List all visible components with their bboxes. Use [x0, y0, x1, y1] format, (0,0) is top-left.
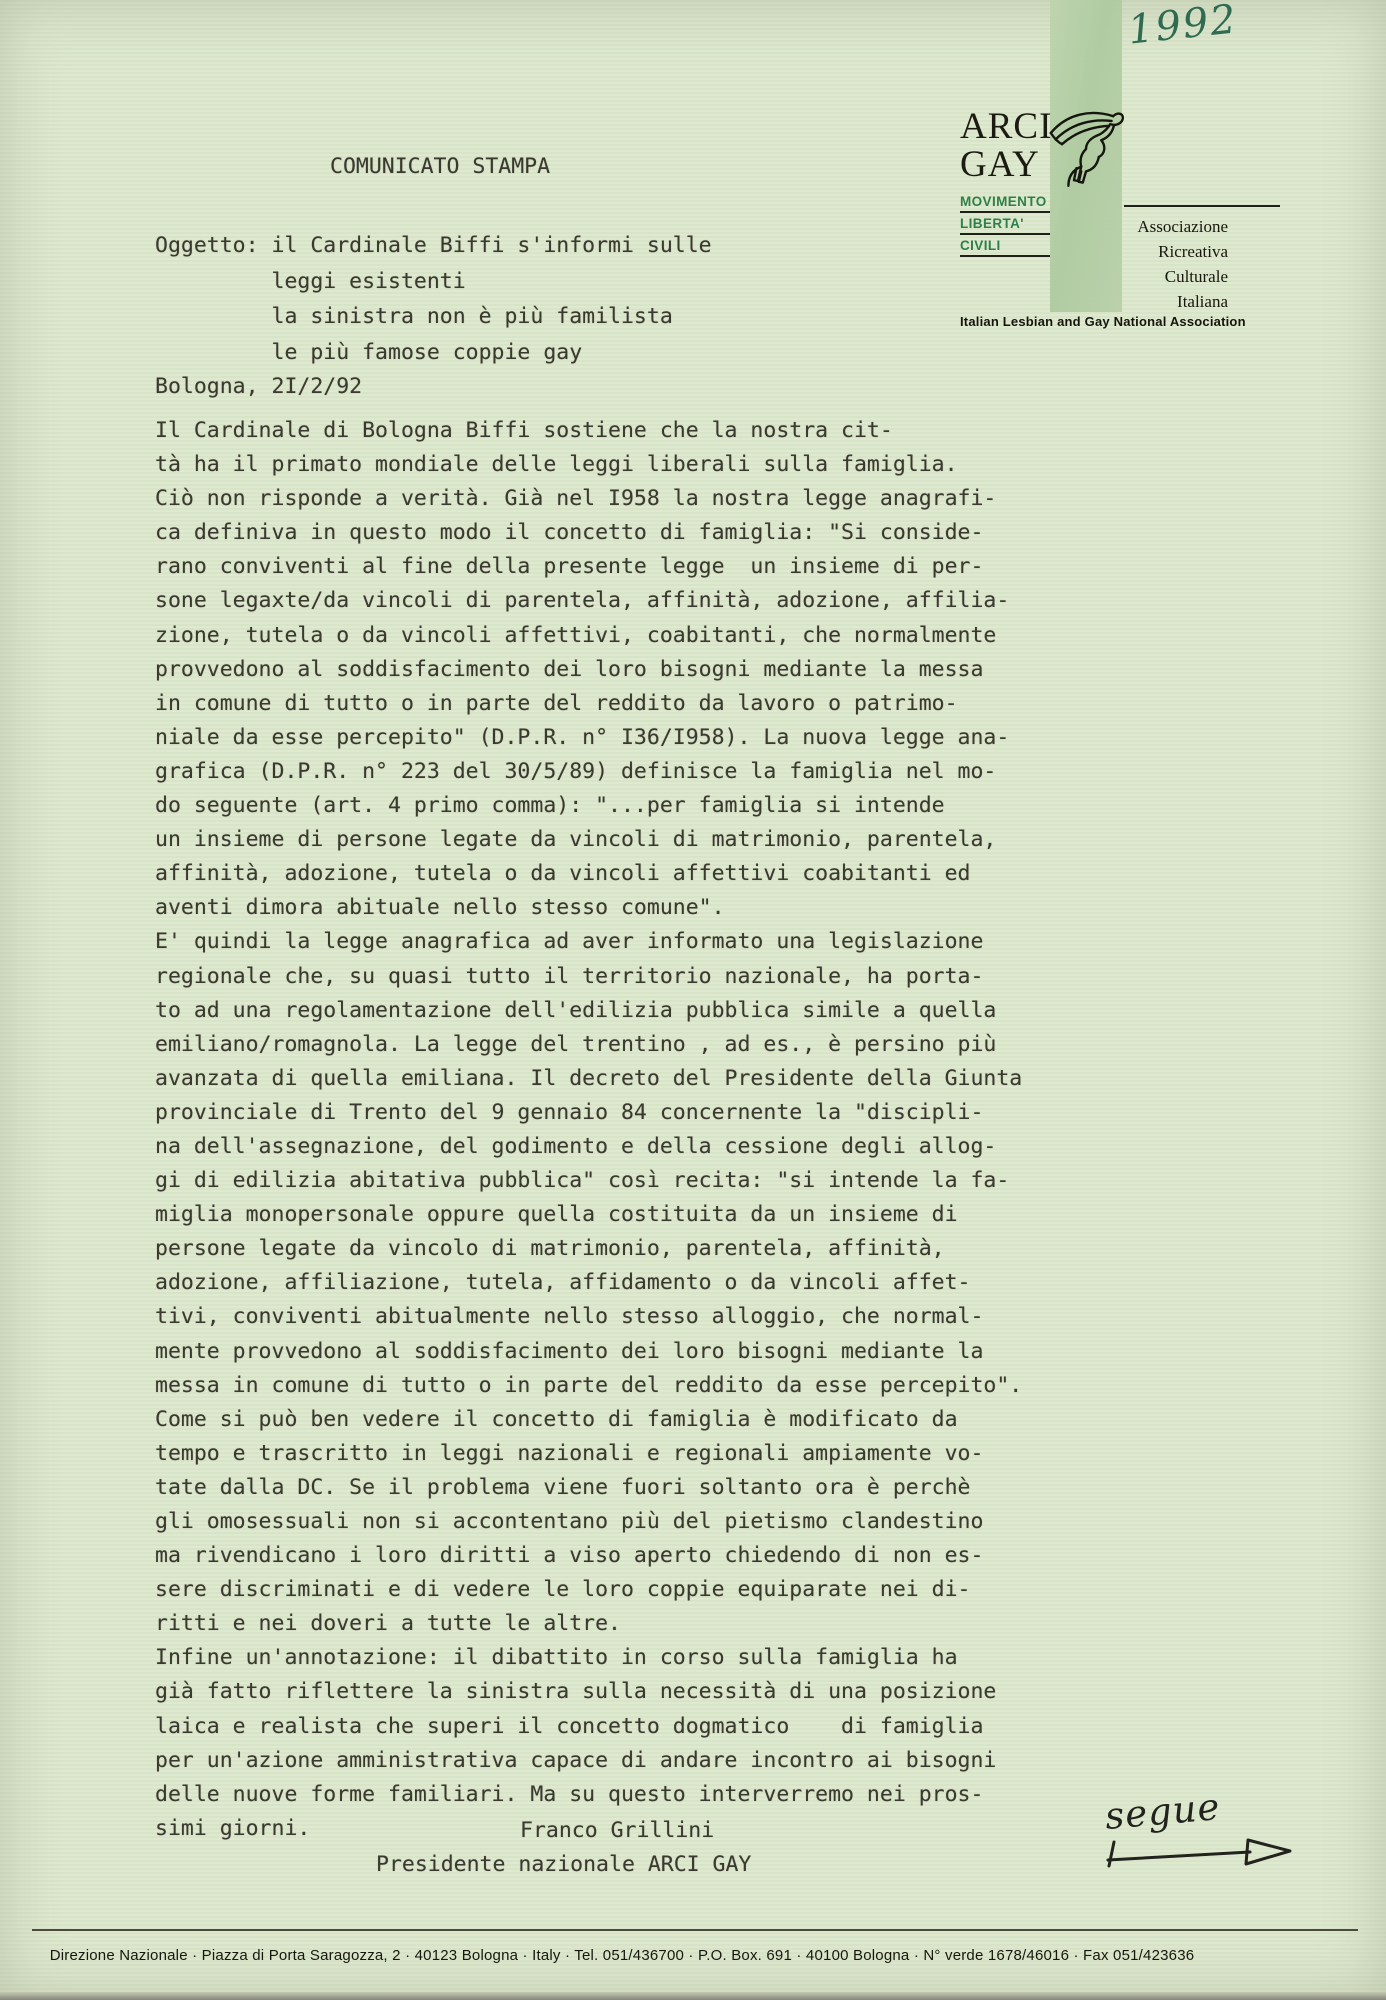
movement-word-civili: CIVILI [960, 238, 1050, 257]
body-text: Il Cardinale di Bologna Biffi sostiene c… [155, 414, 1022, 1846]
handwritten-segue-note: segue [1103, 1785, 1222, 1838]
association-word: Ricreativa [1124, 239, 1228, 264]
subject-block: Oggetto: il Cardinale Biffi s'informi su… [155, 228, 712, 370]
scan-edge [0, 1992, 1386, 2000]
pegasus-icon [1046, 104, 1126, 198]
association-block: Associazione Ricreativa Culturale Italia… [1124, 214, 1228, 314]
signature-role: Presidente nazionale ARCI GAY [376, 1848, 751, 1882]
movement-word-liberta: LIBERTA' [960, 216, 1050, 235]
wordmark-line2: GAY [960, 146, 1052, 184]
footer-divider [32, 1929, 1358, 1931]
press-release-title: COMUNICATO STAMPA [330, 150, 550, 184]
footer-address: Direzione Nazionale · Piazza di Porta Sa… [0, 1947, 1244, 1964]
place-date-line: Bologna, 2I/2/92 [155, 370, 362, 404]
movement-labels: MOVIMENTO LIBERTA' CIVILI [960, 194, 1050, 260]
press-release-page: ARCI GAY MOVIMENTO LIBERTA' CIVILI Assoc… [0, 0, 1386, 2000]
wordmark-line1: ARCI [960, 108, 1052, 146]
association-word: Italiana [1124, 289, 1228, 314]
association-word: Culturale [1124, 264, 1228, 289]
segue-arrow-icon [1100, 1834, 1300, 1878]
association-word: Associazione [1124, 214, 1228, 239]
signature-name: Franco Grillini [520, 1814, 714, 1848]
english-caption: Italian Lesbian and Gay National Associa… [960, 314, 1246, 329]
arcigay-wordmark: ARCI GAY [960, 108, 1052, 184]
association-divider [1124, 205, 1280, 207]
movement-word-movimento: MOVIMENTO [960, 194, 1050, 213]
handwritten-year: 1992 [1126, 0, 1240, 54]
